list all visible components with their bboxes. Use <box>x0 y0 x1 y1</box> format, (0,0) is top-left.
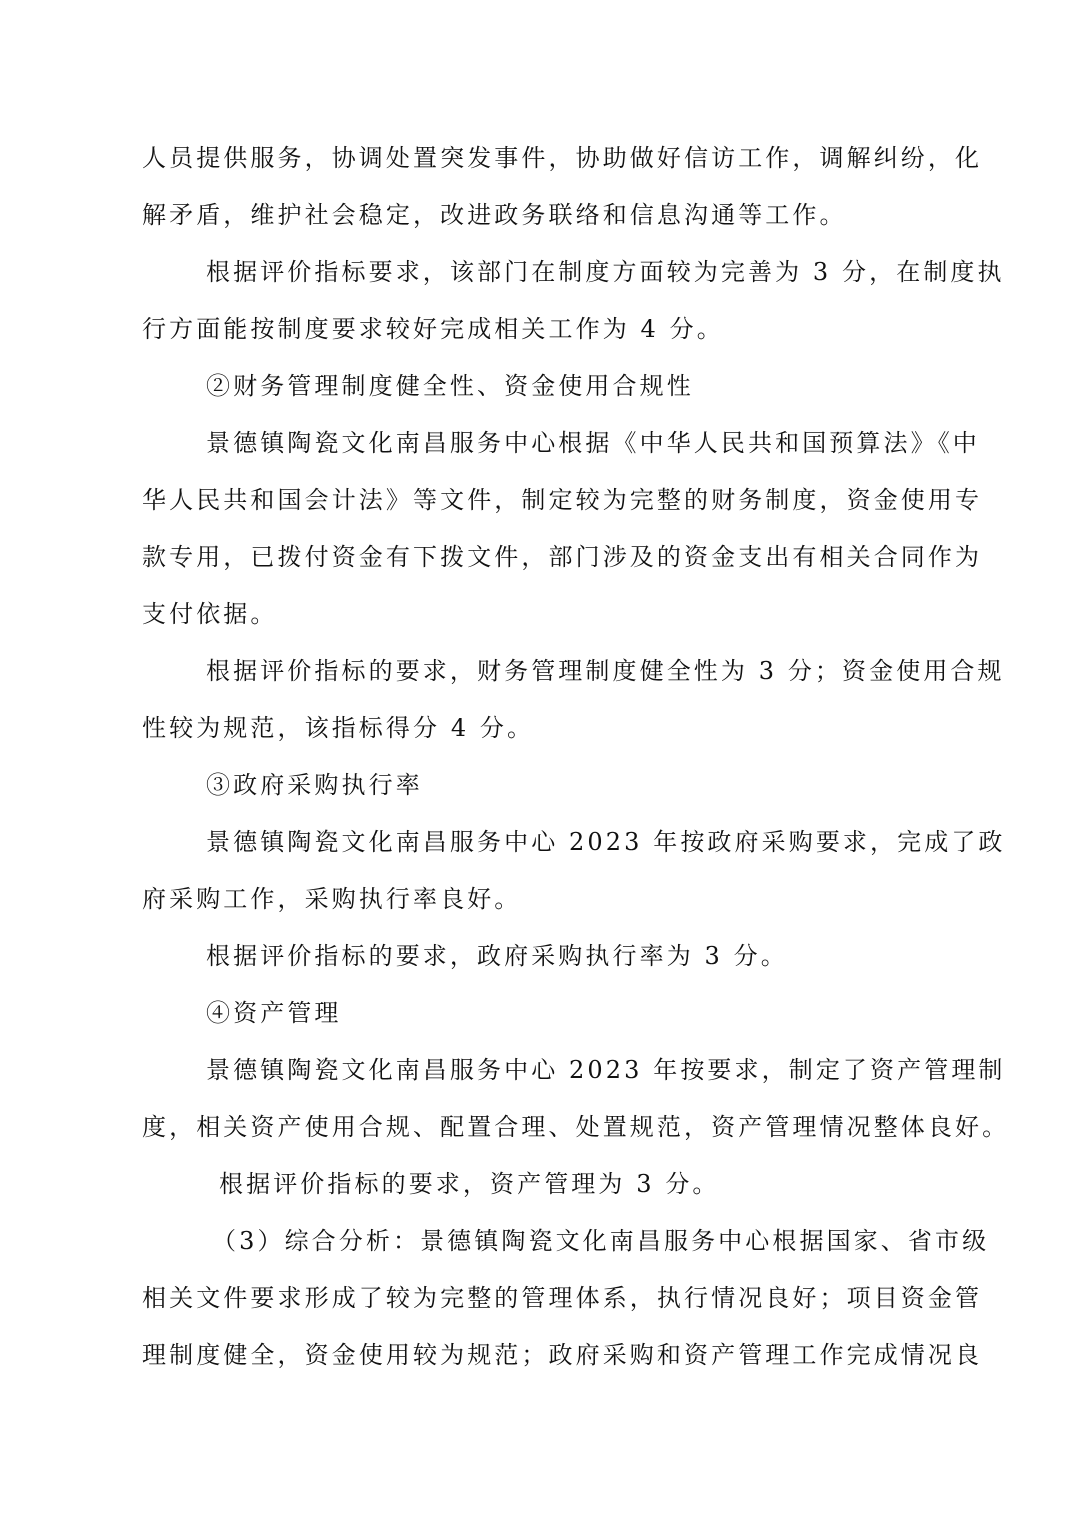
paragraph-line: 根据评价指标的要求，财务管理制度健全性为 3 分；资金使用合规 <box>142 651 932 708</box>
paragraph-line: 解矛盾，维护社会稳定，改进政务联络和信息沟通等工作。 <box>142 195 932 252</box>
paragraph-line: 相关文件要求形成了较为完整的管理体系，执行情况良好；项目资金管 <box>142 1278 932 1335</box>
paragraph-line: 景德镇陶瓷文化南昌服务中心 2023 年按政府采购要求，完成了政 <box>142 822 932 879</box>
paragraph-line: 府采购工作，采购执行率良好。 <box>142 879 932 936</box>
section-heading-finance: ②财务管理制度健全性、资金使用合规性 <box>142 366 932 423</box>
section-heading-assets: ④资产管理 <box>142 993 932 1050</box>
paragraph-line: 款专用，已拨付资金有下拨文件，部门涉及的资金支出有相关合同作为 <box>142 537 932 594</box>
paragraph-line: 支付依据。 <box>142 594 932 651</box>
paragraph-line: 性较为规范，该指标得分 4 分。 <box>142 708 932 765</box>
paragraph-line: 华人民共和国会计法》等文件，制定较为完整的财务制度，资金使用专 <box>142 480 932 537</box>
paragraph-line: 行方面能按制度要求较好完成相关工作为 4 分。 <box>142 309 932 366</box>
paragraph-line: 人员提供服务，协调处置突发事件，协助做好信访工作，调解纠纷，化 <box>142 138 932 195</box>
paragraph-line: 根据评价指标的要求，政府采购执行率为 3 分。 <box>142 936 932 993</box>
paragraph-line: （3）综合分析：景德镇陶瓷文化南昌服务中心根据国家、省市级 <box>142 1221 932 1278</box>
section-heading-procurement: ③政府采购执行率 <box>142 765 932 822</box>
paragraph-line: 根据评价指标要求，该部门在制度方面较为完善为 3 分，在制度执 <box>142 252 932 309</box>
paragraph-line: 根据评价指标的要求，资产管理为 3 分。 <box>142 1164 932 1221</box>
paragraph-line: 景德镇陶瓷文化南昌服务中心根据《中华人民共和国预算法》《中 <box>142 423 932 480</box>
paragraph-line: 理制度健全，资金使用较为规范；政府采购和资产管理工作完成情况良 <box>142 1335 932 1392</box>
document-page: 人员提供服务，协调处置突发事件，协助做好信访工作，调解纠纷，化 解矛盾，维护社会… <box>142 138 932 1392</box>
paragraph-line: 度，相关资产使用合规、配置合理、处置规范，资产管理情况整体良好。 <box>142 1107 932 1164</box>
paragraph-line: 景德镇陶瓷文化南昌服务中心 2023 年按要求，制定了资产管理制 <box>142 1050 932 1107</box>
